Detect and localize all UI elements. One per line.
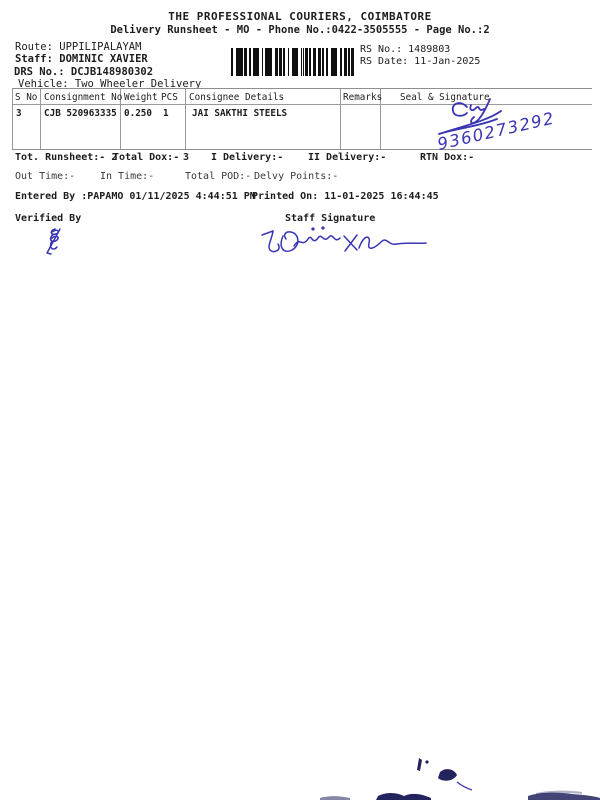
verified-by-label: Verified By [15,213,81,224]
table-border [40,89,41,149]
out-time: Out Time:- [15,171,75,182]
route-line: Route: UPPILIPALAYAM [15,41,141,53]
row-consignment-no: CJB 520963335 [44,108,117,119]
rs-no-line: RS No.: 1489803 [360,44,450,55]
delvy-points: Delvy Points:- [254,171,338,182]
ink-smudge-shapes [320,758,600,800]
table-border [12,89,13,149]
entered-by: Entered By :PAPAMO 01/11/2025 4:44:51 PM [15,191,256,202]
i-delivery: I Delivery:- [211,152,283,163]
col-header-sno: S No [15,92,37,103]
ii-delivery: II Delivery:- [308,152,386,163]
tot-runsheet: Tot. Runsheet:- 2 [15,152,117,163]
staff-signature-stroke [262,227,426,252]
col-header-consignee: Consignee Details [189,92,284,103]
barcode-image [231,48,355,76]
seal-handwriting: 9360273292 [405,96,565,160]
delivery-runsheet-scan: THE PROFESSIONAL COURIERS, COIMBATORE De… [0,0,600,800]
ink-smudges [300,752,600,800]
row-sno: 3 [16,108,22,119]
col-header-pcs: PCS [161,92,178,103]
in-time: In Time:- [100,171,154,182]
row-weight: 0.250 [124,108,152,119]
verified-by-signature [40,226,66,256]
total-dox-label: Total Dox:- [113,152,179,163]
table-border [185,89,186,149]
table-border [340,89,341,149]
rs-date-line: RS Date: 11-Jan-2025 [360,56,480,67]
total-pod: Total POD:- [185,171,251,182]
seal-phone-number: 9360273292 [436,108,557,154]
col-header-consignment: Consignment No [44,92,122,103]
verified-signature-stroke [47,229,60,254]
staff-line: Staff: DOMINIC XAVIER [15,53,148,65]
company-title: THE PROFESSIONAL COURIERS, COIMBATORE [0,10,600,23]
total-dox-value: 3 [183,152,189,163]
row-pcs: 1 [163,108,169,119]
row-consignee: JAI SAKTHI STEELS [192,108,287,119]
col-header-remarks: Remarks [343,92,382,103]
runsheet-subtitle: Delivery Runsheet - MO - Phone No.:0422-… [0,24,600,36]
col-header-weight: Weight [124,92,158,103]
ink-smudge-tail [457,782,472,790]
staff-signature [260,222,428,264]
printed-on: Printed On: 11-01-2025 16:44:45 [252,191,439,202]
drs-no-line: DRS No.: DCJB148980302 [14,66,153,78]
rtn-dox: RTN Dox:- [420,152,474,163]
